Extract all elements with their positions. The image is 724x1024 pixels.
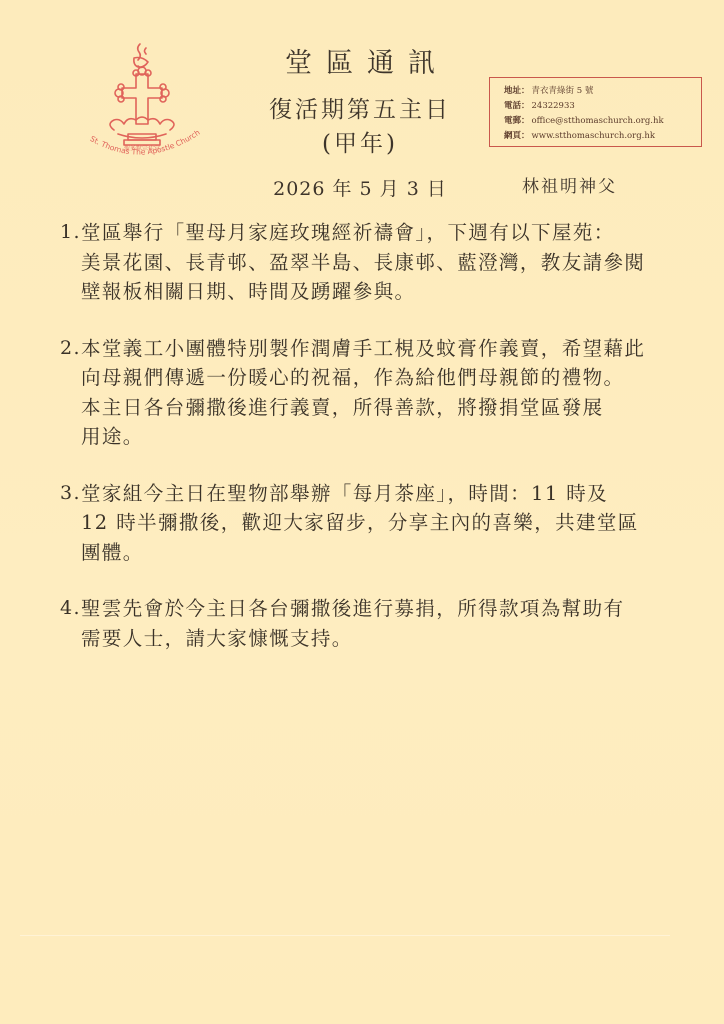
notice-item: 2. 本堂義工小團體特別製作潤膚手工梘及蚊膏作義賣，希望藉此 向母親們傳遞一份暖…	[60, 334, 700, 452]
liturgical-week: 復活期第五主日	[240, 92, 480, 128]
address-label: 地址：	[504, 86, 530, 96]
church-logo: 聖多默宗徒堂 St. Thomas The Apostle Church	[78, 38, 208, 168]
email-link[interactable]: office@stthomaschurch.org.hk	[532, 116, 664, 126]
cross-logo-icon: 聖多默宗徒堂 St. Thomas The Apostle Church	[78, 38, 208, 168]
notice-list: 1. 堂區舉行「聖母月家庭玫瑰經祈禱會」，下週有以下屋苑： 美景花園、長青邨、盈…	[60, 218, 700, 680]
notice-number: 1.	[60, 218, 81, 248]
svg-text:St. Thomas The Apostle Church: St. Thomas The Apostle Church	[89, 128, 202, 157]
notice-item: 3. 堂家組今主日在聖物部舉辦「每月茶座」，時間：11 時及 12 時半彌撒後，…	[60, 479, 700, 568]
issue-date: 2026 年 5 月 3 日	[240, 174, 480, 204]
notice-number: 4.	[60, 594, 81, 624]
web-link[interactable]: www.stthomaschurch.org.hk	[532, 131, 655, 141]
phone-label: 電話：	[504, 101, 530, 111]
notice-line: 團體。	[81, 538, 700, 568]
liturgical-year: (甲年)	[240, 128, 480, 160]
notice-line: 12 時半彌撒後，歡迎大家留步，分享主內的喜樂，共建堂區	[81, 508, 700, 538]
newsletter-page: 聖多默宗徒堂 St. Thomas The Apostle Church 堂區通…	[0, 0, 724, 1024]
notice-item: 1. 堂區舉行「聖母月家庭玫瑰經祈禱會」，下週有以下屋苑： 美景花園、長青邨、盈…	[60, 218, 700, 307]
phone-value: 24322933	[532, 101, 575, 111]
notice-line: 堂區舉行「聖母月家庭玫瑰經祈禱會」，下週有以下屋苑：	[81, 218, 700, 248]
contact-info-box: 地址：青衣青綠街 5 號 電話：24322933 電郵：office@sttho…	[489, 77, 702, 147]
notice-line: 壁報板相關日期、時間及踴躍參與。	[81, 277, 700, 307]
address-value: 青衣青綠街 5 號	[532, 86, 594, 96]
priest-name: 林祖明神父	[522, 172, 617, 197]
notice-line: 用途。	[81, 422, 700, 452]
notice-line: 向母親們傳遞一份暖心的祝福，作為給他們母親節的禮物。	[81, 363, 700, 393]
notice-line: 本主日各台彌撒後進行義賣，所得善款，將撥捐堂區發展	[81, 393, 700, 423]
scan-divider	[20, 935, 670, 936]
contact-web: 網頁：www.stthomaschurch.org.hk	[504, 129, 701, 144]
notice-item: 4. 聖雲先會於今主日各台彌撒後進行募捐，所得款項為幫助有 需要人士，請大家慷慨…	[60, 594, 700, 653]
notice-line: 本堂義工小團體特別製作潤膚手工梘及蚊膏作義賣，希望藉此	[81, 334, 700, 364]
notice-line: 聖雲先會於今主日各台彌撒後進行募捐，所得款項為幫助有	[81, 594, 700, 624]
email-label: 電郵：	[504, 116, 530, 126]
web-label: 網頁：	[504, 131, 530, 141]
notice-line: 堂家組今主日在聖物部舉辦「每月茶座」，時間：11 時及	[81, 479, 700, 509]
contact-email: 電郵：office@stthomaschurch.org.hk	[504, 114, 701, 129]
newsletter-title: 堂區通訊	[254, 44, 480, 86]
title-block: 堂區通訊 復活期第五主日 (甲年) 2026 年 5 月 3 日	[240, 44, 480, 204]
notice-number: 2.	[60, 334, 81, 364]
contact-phone: 電話：24322933	[504, 99, 701, 114]
notice-number: 3.	[60, 479, 81, 509]
contact-address: 地址：青衣青綠街 5 號	[504, 84, 701, 99]
notice-line: 美景花園、長青邨、盈翠半島、長康邨、藍澄灣，教友請參閱	[81, 248, 700, 278]
notice-line: 需要人士，請大家慷慨支持。	[81, 624, 700, 654]
